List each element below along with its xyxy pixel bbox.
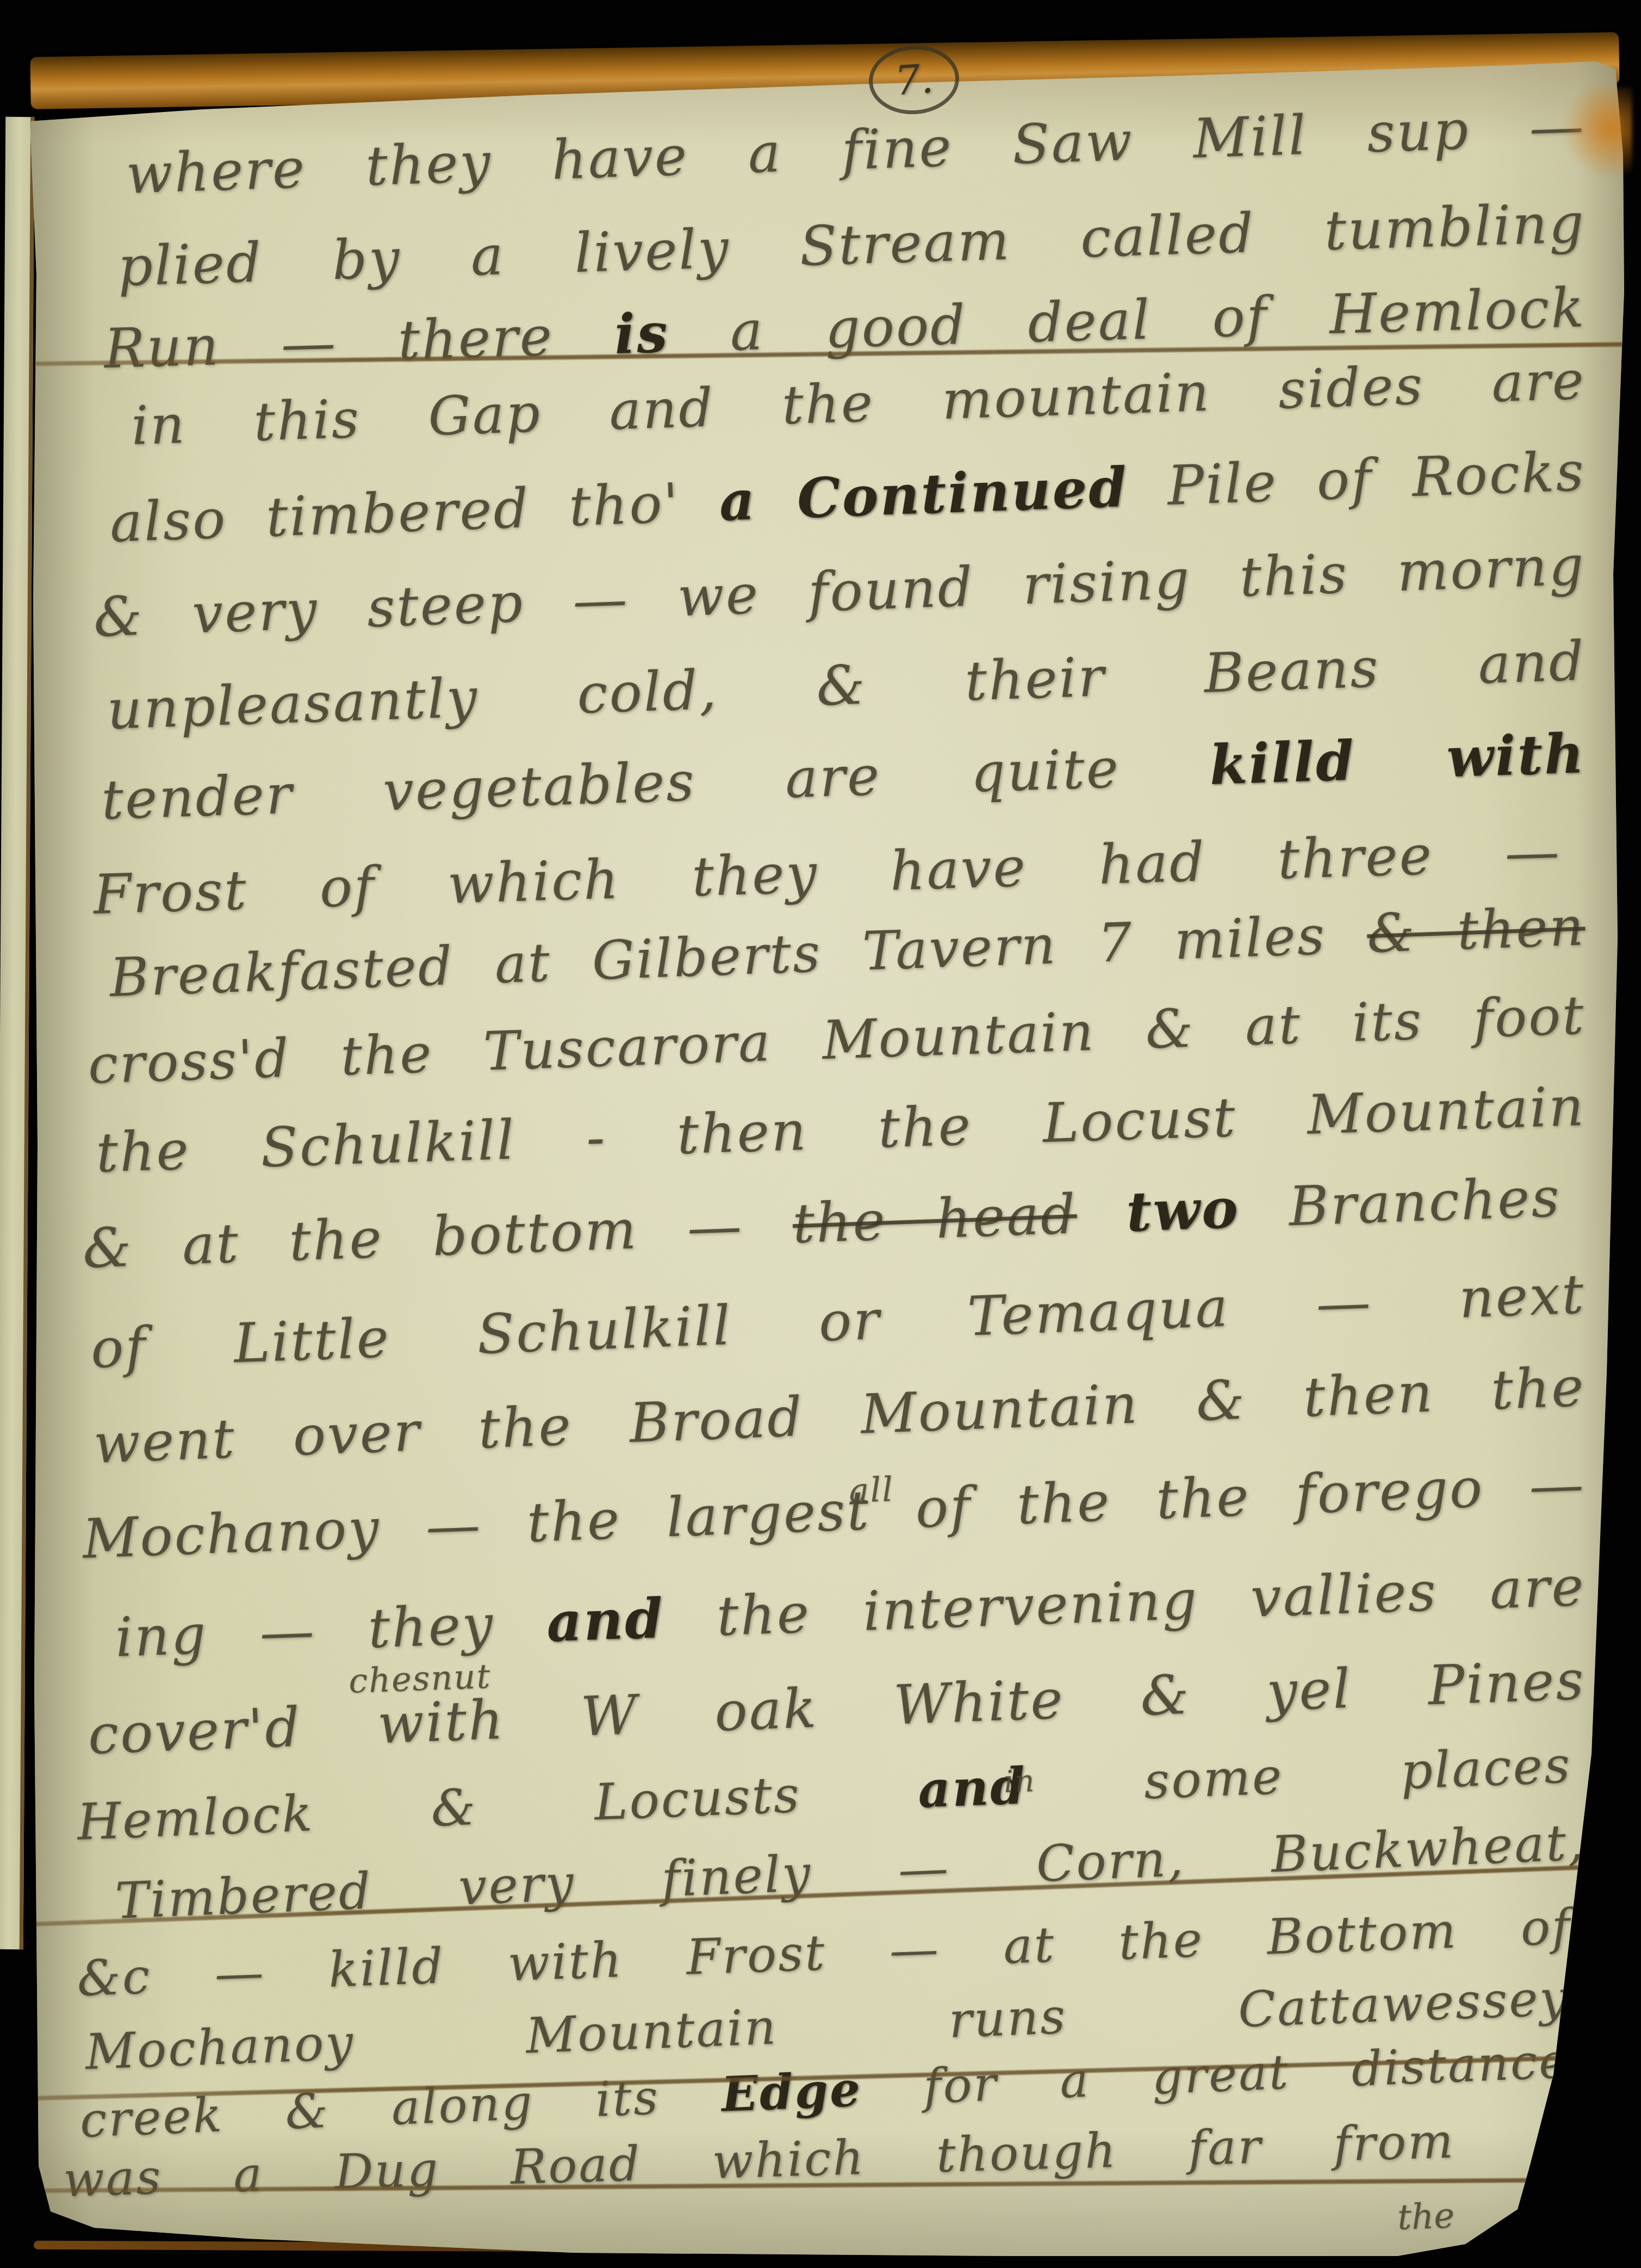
interline-insertion: in <box>1003 1763 1036 1800</box>
overwritten-text: a Continued <box>718 455 1129 533</box>
manuscript-text: Pile of Rocks <box>1127 439 1587 519</box>
manuscript-line: & at the bottom — the head two Branches <box>82 1166 1562 1279</box>
manuscript-line: of Little Schulkill or Temaqua — next <box>90 1264 1586 1380</box>
page-number-label: 7. <box>893 55 935 105</box>
manuscript-text <box>1076 1180 1127 1246</box>
manuscript-line: cross'd the Tuscarora Mountain & at its … <box>87 986 1586 1096</box>
overwritten-text: Edge <box>720 2060 863 2122</box>
adjacent-page-edge <box>0 117 34 1949</box>
manuscript-text: Mochanoy — the largest of the the forego… <box>82 1452 1586 1571</box>
struck-text: & then <box>1366 896 1586 965</box>
manuscript-text: some places <box>1025 1736 1572 1815</box>
ink-stain <box>1562 87 1632 179</box>
manuscript-text: the Schulkill - then the Locust Mountain <box>95 1074 1586 1185</box>
interline-insertion: all <box>848 1469 894 1511</box>
manuscript-text: unpleasantly cold, & their Beans and <box>106 629 1586 742</box>
manuscript-text: where they have a fine Saw Mill sup — <box>125 94 1586 206</box>
manuscript-text: the intervening vallies are <box>663 1555 1587 1650</box>
manuscript-text: went over the Broad Mountain & then the <box>92 1355 1586 1476</box>
scan-background: where they have a fine Saw Mill sup —pli… <box>0 0 1641 2268</box>
catchword: the <box>1397 2196 1455 2238</box>
manuscript-line: went over the Broad Mountain & then the <box>92 1357 1586 1475</box>
overwritten-text: and <box>545 1586 665 1654</box>
manuscript-text: tender vegetables are quite <box>101 734 1210 832</box>
manuscript-text: also timbered tho' <box>109 470 720 555</box>
manuscript-line: also timbered tho' a Continued Pile of R… <box>109 440 1586 554</box>
manuscript-line: ing — they and the intervening vallies a… <box>114 1556 1586 1668</box>
manuscript-text-block: where they have a fine Saw Mill sup —pli… <box>30 57 1626 2262</box>
overwritten-text: killd with <box>1209 721 1587 797</box>
manuscript-text: & at the bottom — <box>82 1192 794 1281</box>
struck-text: the head <box>792 1182 1078 1256</box>
manuscript-text: Run — there <box>103 303 616 381</box>
manuscript-text: & very steep — we found rising this morn… <box>92 533 1586 649</box>
manuscript-text: Branches <box>1238 1165 1562 1240</box>
manuscript-line: Mochanoy — the largest of the the forego… <box>82 1454 1586 1570</box>
manuscript-line: where they have a fine Saw Mill sup — <box>125 96 1586 205</box>
manuscript-text: Hemlock & Locusts <box>76 1761 919 1851</box>
overwritten-text: two <box>1125 1176 1240 1244</box>
notebook-page: where they have a fine Saw Mill sup —pli… <box>30 57 1626 2262</box>
manuscript-text: of Little Schulkill or Temaqua — next <box>90 1262 1586 1381</box>
manuscript-line: the Schulkill - then the Locust Mountain <box>95 1076 1586 1184</box>
manuscript-line: unpleasantly cold, & their Beans and <box>106 631 1586 741</box>
manuscript-line: tender vegetables are quite killd with <box>101 723 1586 831</box>
interline-insertion: chesnut <box>348 1656 492 1701</box>
manuscript-line: & very steep — we found rising this morn… <box>92 535 1586 648</box>
